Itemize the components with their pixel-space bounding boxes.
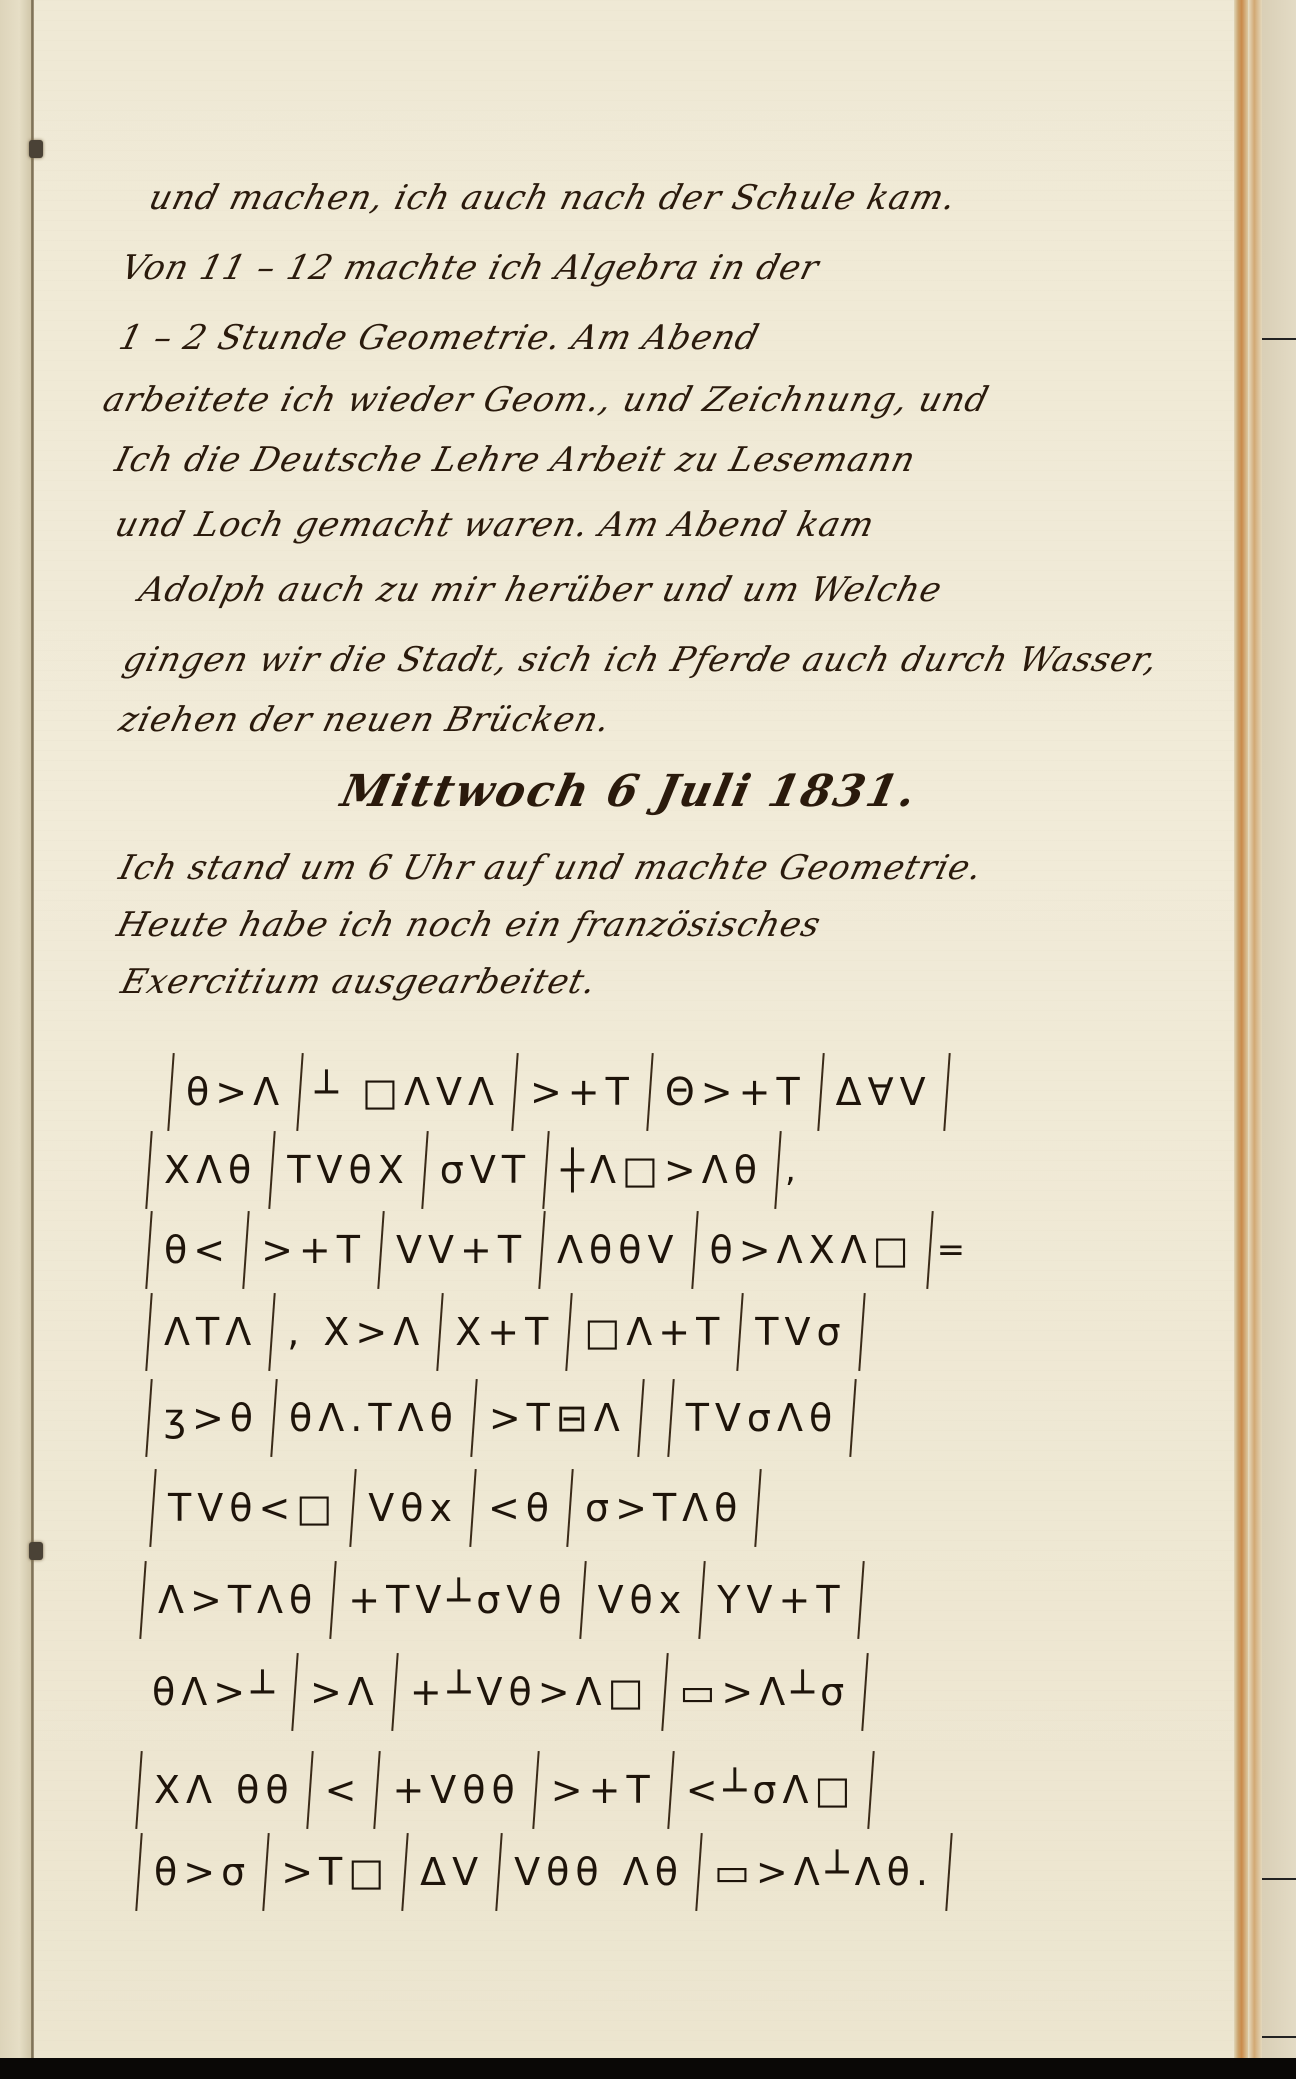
- cipher-word: >Λ: [298, 1670, 392, 1714]
- text-line: ziehen der neuen Brücken.: [115, 700, 615, 740]
- text-line: 1 – 2 Stunde Geometrie. Am Abend: [115, 318, 763, 358]
- word-divider: [943, 1053, 950, 1131]
- cipher-word: ΔV: [408, 1850, 496, 1894]
- text-line: Ich die Deutsche Lehre Arbeit zu Leseman…: [111, 440, 920, 480]
- cipher-word: Vθθ Λθ: [502, 1850, 696, 1894]
- word-divider: [868, 1751, 875, 1829]
- cipher-word: <┴σΛ□: [674, 1768, 869, 1812]
- cipher-word: TVθ<□: [156, 1486, 350, 1530]
- cipher-word: Θ>+T: [653, 1070, 818, 1114]
- cipher-row: ΛTΛ , X>Λ X+T □Λ+T TVσ: [146, 1292, 865, 1372]
- cipher-word: ┼Λ□>Λθ: [549, 1148, 775, 1192]
- word-divider: [945, 1833, 952, 1911]
- cipher-word: XΛ θθ: [142, 1768, 307, 1812]
- cipher-row: ʒ>θ θΛ.TΛθ >T⊟Λ TVσΛθ: [146, 1378, 856, 1458]
- cipher-word: ┴ □ΛVΛ: [303, 1070, 512, 1114]
- cipher-row: Λ>TΛθ +TV┴σVθ Vθx YV+T: [140, 1560, 864, 1640]
- cipher-word: TVσΛθ: [674, 1396, 851, 1440]
- cipher-word: >T□: [269, 1850, 402, 1894]
- cipher-word: <: [313, 1768, 375, 1812]
- cipher-word: Δ∀V: [824, 1070, 944, 1114]
- cipher-word: +TV┴σVθ: [336, 1578, 579, 1622]
- cipher-row: XΛ θθ < +Vθθ >+T <┴σΛ□: [136, 1750, 874, 1830]
- cipher-word: Vθx: [586, 1578, 700, 1622]
- text-line: Adolph auch zu mir herüber und um Welche: [135, 570, 946, 610]
- cipher-word: YV+T: [705, 1578, 857, 1622]
- cipher-word: +Vθθ: [380, 1768, 532, 1812]
- cipher-word: >+T: [539, 1768, 668, 1812]
- cipher-word: ▭>Λ┴Λθ.: [702, 1850, 946, 1894]
- cipher-word: σ>TΛθ: [573, 1486, 755, 1530]
- cipher-word: <θ: [476, 1486, 567, 1530]
- cipher-word: >+T: [249, 1228, 378, 1272]
- cipher-word: σVT: [428, 1148, 543, 1192]
- cipher-word: ▭>Λ┴σ: [668, 1670, 863, 1714]
- cipher-word: ΛTΛ: [152, 1310, 269, 1354]
- cipher-word: θ>ΛXΛ□: [698, 1228, 927, 1272]
- text-line: Heute habe ich noch ein französisches: [113, 905, 825, 945]
- word-divider: [637, 1379, 644, 1457]
- cipher-word: θ>Λ: [174, 1070, 297, 1114]
- cipher-word: >T⊟Λ: [477, 1396, 638, 1440]
- cipher-row: XΛθ TVθX σVT ┼Λ□>Λθ ,: [146, 1130, 800, 1210]
- cipher-word: ʒ>θ: [152, 1396, 271, 1440]
- text-line: Exercitium ausgearbeitet.: [117, 962, 601, 1002]
- cipher-word: VV+T: [384, 1228, 539, 1272]
- cipher-word: TVσ: [743, 1310, 858, 1354]
- cipher-word: θΛ.TΛθ: [277, 1396, 471, 1440]
- cipher-row: θΛ>┴ >Λ +┴Vθ>Λ□ ▭>Λ┴σ: [140, 1652, 868, 1732]
- cipher-word: θΛ>┴: [140, 1670, 292, 1714]
- cipher-row: θ>Λ ┴ □ΛVΛ >+T Θ>+T Δ∀V: [168, 1052, 950, 1132]
- text-line: Von 11 – 12 machte ich Algebra in der: [117, 248, 823, 288]
- cipher-word: θ<: [152, 1228, 243, 1272]
- cipher-word: , X>Λ: [275, 1310, 437, 1354]
- cipher-punctuation: =: [933, 1230, 970, 1270]
- cipher-word: X+T: [443, 1310, 566, 1354]
- cipher-word: □Λ+T: [572, 1310, 737, 1354]
- word-divider: [862, 1653, 869, 1731]
- cipher-word: ΛθθV: [545, 1228, 692, 1272]
- cipher-word: >+T: [518, 1070, 647, 1114]
- cipher-row: θ< >+T VV+T ΛθθV θ>ΛXΛ□ =: [146, 1210, 969, 1290]
- text-line: Ich stand um 6 Uhr auf und machte Geomet…: [115, 848, 987, 888]
- date-heading: Mittwoch 6 Juli 1831.: [337, 766, 923, 817]
- word-divider: [857, 1561, 864, 1639]
- cipher-punctuation: ,: [781, 1150, 800, 1190]
- cipher-word: θ>σ: [142, 1850, 263, 1894]
- cipher-word: Λ>TΛθ: [146, 1578, 330, 1622]
- cipher-row: θ>σ >T□ ΔV Vθθ Λθ ▭>Λ┴Λθ.: [136, 1832, 952, 1912]
- cipher-word: TVθX: [275, 1148, 422, 1192]
- word-divider: [858, 1293, 865, 1371]
- cipher-word: Vθx: [356, 1486, 470, 1530]
- cipher-word: +┴Vθ>Λ□: [398, 1670, 662, 1714]
- text-line: und machen, ich auch nach der Schule kam…: [145, 178, 961, 218]
- cipher-row: TVθ<□ Vθx <θ σ>TΛθ: [150, 1468, 761, 1548]
- text-line: arbeitete ich wieder Geom., und Zeichnun…: [99, 380, 993, 420]
- text-line: gingen wir die Stadt, sich ich Pferde au…: [119, 640, 1162, 680]
- text-line: und Loch gemacht waren. Am Abend kam: [111, 505, 879, 545]
- cipher-word: XΛθ: [152, 1148, 269, 1192]
- word-divider: [755, 1469, 762, 1547]
- word-divider: [850, 1379, 857, 1457]
